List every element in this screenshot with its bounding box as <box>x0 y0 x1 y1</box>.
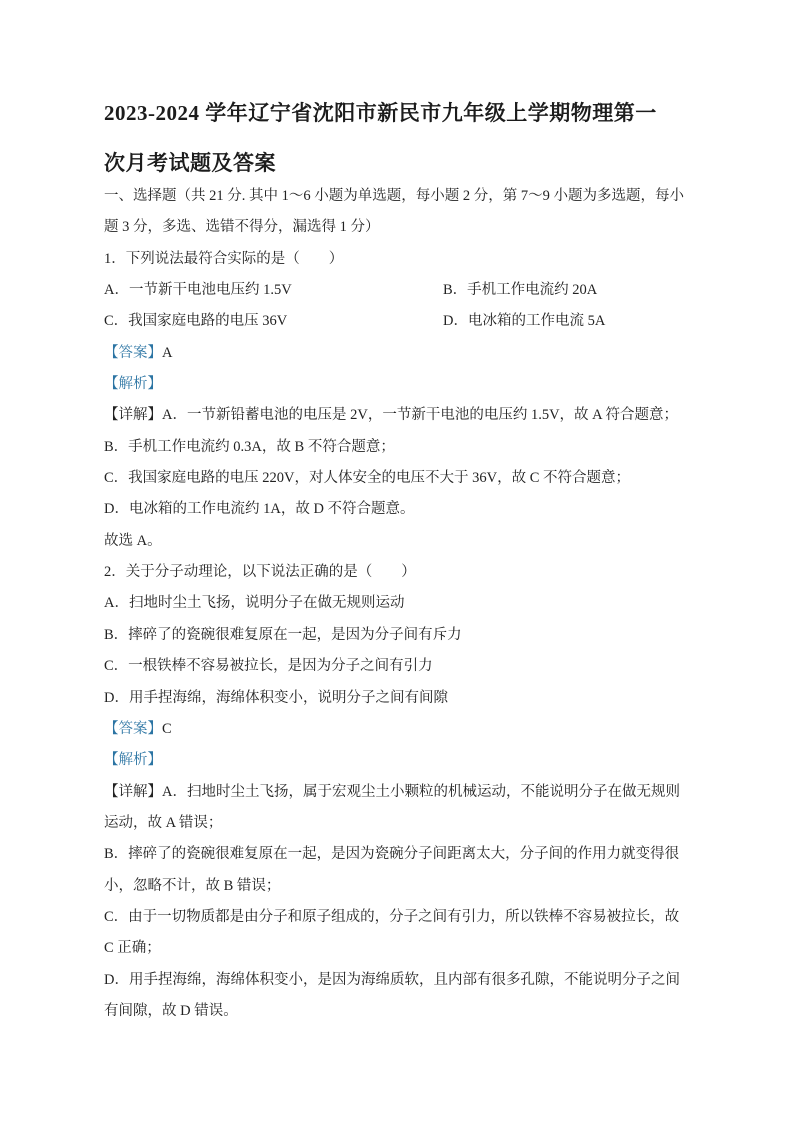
question-2-explanation-line-4: 小，忽略不计，故 B 错误； <box>104 871 704 902</box>
question-2-stem: 2．关于分子动理论，以下说法正确的是（ ） <box>104 557 704 588</box>
question-1-analysis-label: 【解析】 <box>104 369 704 400</box>
document-body: 一、选择题（共 21 分. 其中 1～6 小题为单选题，每小题 2 分，第 7～… <box>104 181 704 1027</box>
question-1-explanation-line-3: C．我国家庭电路的电压 220V，对人体安全的电压不大于 36V，故 C 不符合… <box>104 463 704 494</box>
question-2-option-a: A．扫地时尘土飞扬，说明分子在做无规则运动 <box>104 588 704 619</box>
section-header-line-2: 题 3 分，多选、选错不得分，漏选得 1 分） <box>104 212 704 243</box>
question-2-option-d: D．用手捏海绵，海绵体积变小，说明分子之间有间隙 <box>104 683 704 714</box>
question-2-explanation-line-2: 运动，故 A 错误； <box>104 808 704 839</box>
question-1-explanation-line-1: 【详解】A．一节新铅蓄电池的电压是 2V，一节新干电池的电压约 1.5V，故 A… <box>104 400 704 431</box>
question-1-answer: 【答案】A <box>104 338 704 369</box>
question-1-option-b: B．手机工作电流约 20A <box>443 275 597 306</box>
question-2-explanation-line-6: C 正确； <box>104 933 704 964</box>
question-1-explanation-line-2: B．手机工作电流约 0.3A，故 B 不符合题意； <box>104 432 704 463</box>
document-page: 2023-2024 学年辽宁省沈阳市新民市九年级上学期物理第一 次月考试题及答案… <box>0 0 793 1122</box>
analysis-label: 【解析】 <box>104 376 162 392</box>
question-2-explanation-line-8: 有间隙，故 D 错误。 <box>104 996 704 1027</box>
question-2-explanation-line-1: 【详解】A．扫地时尘土飞扬，属于宏观尘土小颗粒的机械运动，不能说明分子在做无规则 <box>104 777 704 808</box>
question-2-explanation-line-5: C．由于一切物质都是由分子和原子组成的，分子之间有引力，所以铁棒不容易被拉长，故 <box>104 902 704 933</box>
question-2-explanation-line-3: B．摔碎了的瓷碗很难复原在一起，是因为瓷碗分子间距离太大，分子间的作用力就变得很 <box>104 839 704 870</box>
answer-label: 【答案】 <box>104 721 162 737</box>
question-2-option-c: C．一根铁棒不容易被拉长，是因为分子之间有引力 <box>104 651 704 682</box>
document-title: 2023-2024 学年辽宁省沈阳市新民市九年级上学期物理第一 次月考试题及答案 <box>104 88 704 188</box>
analysis-label: 【解析】 <box>104 752 162 768</box>
question-2-option-b: B．摔碎了的瓷碗很难复原在一起，是因为分子间有斥力 <box>104 620 704 651</box>
answer-value: A <box>162 345 172 361</box>
question-1-options-row-1: A．一节新干电池电压约 1.5V B．手机工作电流约 20A <box>104 275 704 306</box>
question-1-option-c: C．我国家庭电路的电压 36V <box>104 313 287 329</box>
question-1-option-d: D．电冰箱的工作电流 5A <box>443 306 605 337</box>
question-1-explanation-line-5: 故选 A。 <box>104 526 704 557</box>
answer-value: C <box>162 721 172 737</box>
question-2-answer: 【答案】C <box>104 714 704 745</box>
section-header-line-1: 一、选择题（共 21 分. 其中 1～6 小题为单选题，每小题 2 分，第 7～… <box>104 181 704 212</box>
question-1-stem: 1．下列说法最符合实际的是（ ） <box>104 244 704 275</box>
question-1-options-row-2: C．我国家庭电路的电压 36V D．电冰箱的工作电流 5A <box>104 306 704 337</box>
answer-label: 【答案】 <box>104 345 162 361</box>
question-2-explanation-line-7: D．用手捏海绵，海绵体积变小，是因为海绵质软，且内部有很多孔隙，不能说明分子之间 <box>104 965 704 996</box>
question-1-explanation-line-4: D．电冰箱的工作电流约 1A，故 D 不符合题意。 <box>104 494 704 525</box>
question-1-option-a: A．一节新干电池电压约 1.5V <box>104 282 292 298</box>
question-2-analysis-label: 【解析】 <box>104 745 704 776</box>
document-title-line-1: 2023-2024 学年辽宁省沈阳市新民市九年级上学期物理第一 <box>104 88 704 138</box>
